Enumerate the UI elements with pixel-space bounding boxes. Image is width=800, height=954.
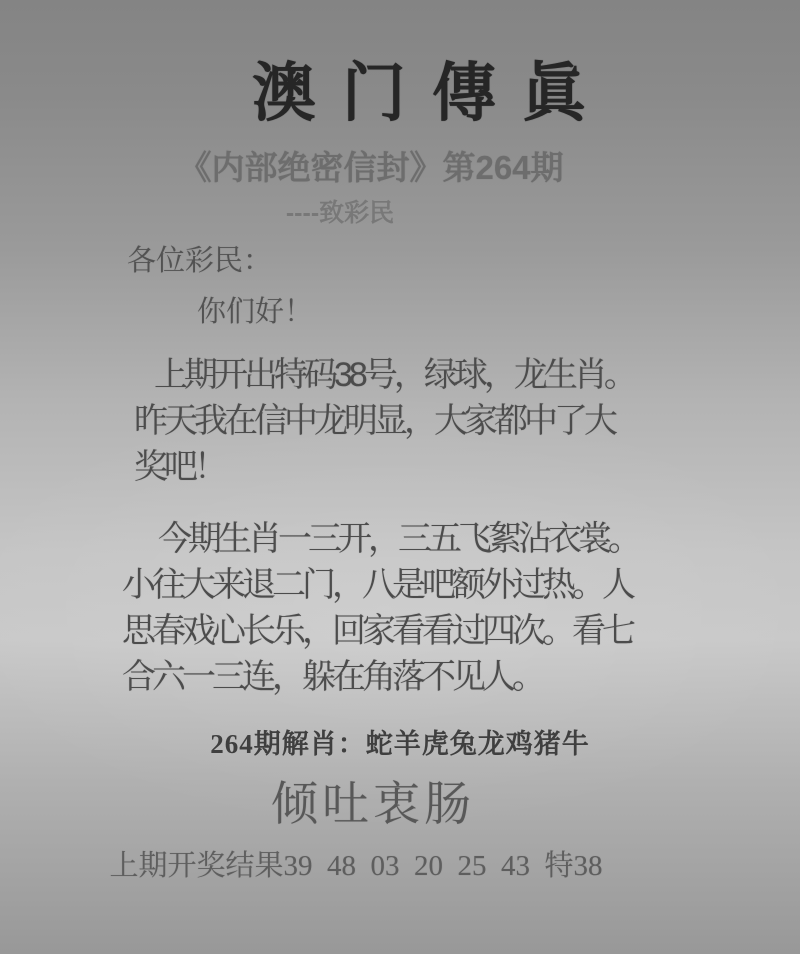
last-draw-result: 上期开奖结果39 48 03 20 25 43 特38 — [0, 846, 756, 886]
issue-subtitle: 《内部绝密信封》第264期 — [0, 146, 771, 190]
paragraph-line: 合六一三连，躲在角落不见人。 — [122, 654, 722, 700]
paragraph-line: 思春戏心长乐，回家看看过四次。看七 — [122, 608, 722, 654]
tips-poem-paragraph: 今期生肖一三开，三五飞絮沾衣裳。 小往大来退二门，八是吧额外过热。人 思春戏心长… — [122, 516, 722, 700]
closing-title: 倾吐衷肠 — [0, 774, 773, 836]
paragraph-line: 奖吧！ — [134, 444, 714, 490]
paragraph-line: 昨天我在信中龙明显，大家都中了大 — [134, 398, 714, 444]
dedication-line: ----致彩民 — [0, 196, 740, 230]
salutation: 各位彩民： — [127, 238, 272, 279]
greeting: 你们好！ — [197, 289, 313, 330]
page-title: 澳门傳眞 — [32, 56, 800, 130]
previous-draw-paragraph: 上期开出特码38号，绿球，龙生肖。 昨天我在信中龙明显，大家都中了大 奖吧！ — [134, 352, 714, 490]
paragraph-line: 上期开出特码38号，绿球，龙生肖。 — [134, 352, 714, 398]
paragraph-line: 今期生肖一三开，三五飞絮沾衣裳。 — [122, 516, 722, 562]
fax-page: 澳门傳眞 《内部绝密信封》第264期 ----致彩民 各位彩民： 你们好！ 上期… — [0, 0, 800, 954]
zodiac-hint-line: 264期解肖：蛇羊虎兔龙鸡猪牛 — [0, 726, 800, 762]
paragraph-line: 小往大来退二门，八是吧额外过热。人 — [122, 562, 722, 608]
